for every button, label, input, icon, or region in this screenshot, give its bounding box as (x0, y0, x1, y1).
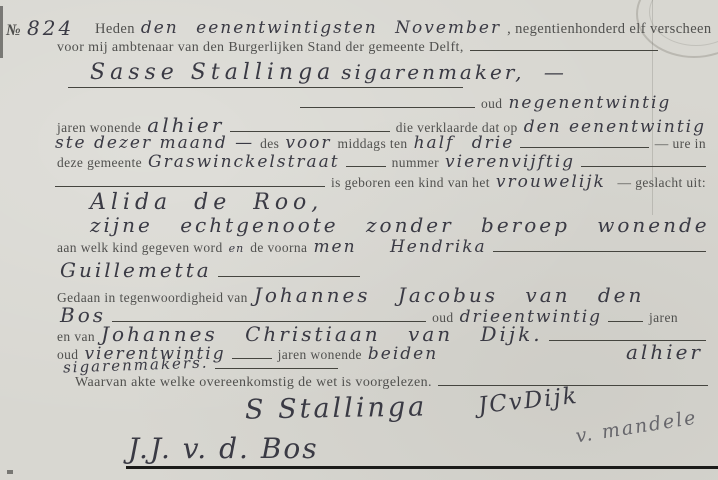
line-witness-occupation: sigarenmakers. (63, 356, 338, 374)
handwritten-mother-details: zijne echtgenoote zonder beroep wonende … (90, 213, 718, 237)
ruled-line (300, 107, 475, 108)
ruled-line (215, 368, 338, 369)
printed-text: des (260, 136, 279, 152)
act-number: № 824 (6, 16, 74, 40)
bottom-rule (126, 466, 718, 469)
ruled-line (470, 50, 658, 51)
ruled-line (68, 87, 463, 88)
line-birth-address: deze gemeente Graswinckelstraat nummer v… (57, 152, 706, 172)
scan-edge-mark (7, 470, 13, 474)
printed-text: , negentienhonderd elf verscheen (507, 21, 711, 38)
handwritten-date: den eenentwintigsten November (141, 18, 501, 38)
printed-text: — geslacht uit: (618, 175, 706, 191)
printed-text: voor mij ambtenaar van den Burgerlijken … (57, 40, 464, 56)
printed-text: oud (481, 96, 502, 112)
line-age: oud negenentwintig (300, 93, 703, 113)
printed-text: Waarvan akte welke overeenkomstig de wet… (75, 375, 432, 391)
handwritten-correction: en (229, 242, 245, 255)
handwritten-voor: voor (285, 133, 331, 153)
act-number-symbol: № (6, 22, 21, 40)
line-mother-details: zijne echtgenoote zonder beroep wonende … (90, 213, 703, 237)
handwritten-declarant-name: Sasse Stallinga (90, 60, 335, 85)
handwritten-beiden: beiden (368, 344, 620, 364)
printed-text: deze gemeente (57, 155, 142, 171)
printed-text: de voorna (250, 240, 307, 256)
signature-witness-bos: J.J. v. d. Bos (128, 432, 319, 465)
ruled-line (230, 131, 389, 132)
handwritten-age: negenentwintig (508, 93, 703, 113)
line-child-sex: is geboren een kind van het vrouwelijk —… (55, 172, 706, 192)
printed-text: — ure in (655, 136, 706, 152)
handwritten-given-name: men Hendrika (313, 237, 486, 257)
handwritten-occupation: sigarenmaker, — (341, 60, 588, 84)
handwritten-street: Graswinckelstraat (148, 152, 340, 172)
ruled-line (520, 147, 649, 148)
handwritten-alhier: alhier (626, 340, 703, 364)
handwritten-birth-day-2: ste dezer maand — (55, 133, 254, 153)
line-birth-time: ste dezer maand — des voor middags ten h… (55, 133, 706, 153)
line-date: Heden den eenentwintigsten November , ne… (95, 18, 708, 38)
handwritten-house-number: vierenvijftig (445, 152, 575, 172)
printed-text: Heden (95, 21, 135, 38)
printed-text: nummer (392, 155, 439, 171)
handwritten-sex: vrouwelijk (496, 172, 612, 192)
birth-certificate-scan: № 824 Heden den eenentwintigsten Novembe… (0, 0, 718, 480)
handwritten-mother-name: Alida de Roo, (90, 190, 323, 215)
printed-text: is geboren een kind van het (331, 175, 490, 191)
printed-text: aan welk kind gegeven word (57, 240, 223, 256)
ruled-line (55, 186, 325, 187)
ruled-line (218, 276, 360, 277)
line-given-names: aan welk kind gegeven word en de voorna … (57, 237, 706, 257)
line-given-names-2: Guillemetta (60, 258, 360, 282)
scan-edge-mark (0, 6, 3, 58)
act-number-value: 824 (27, 16, 74, 40)
handwritten-witness-occupation: sigarenmakers. (63, 353, 209, 376)
signature-declarant: S Stallinga (245, 391, 428, 425)
printed-text: middags ten (338, 136, 408, 152)
handwritten-time: half drie (414, 133, 515, 153)
line-municipality: voor mij ambtenaar van den Burgerlijken … (57, 40, 658, 56)
ruled-line (346, 166, 386, 167)
line-declarant: Sasse Stallinga sigarenmaker, — (90, 60, 588, 85)
ruled-line (493, 251, 706, 252)
ruled-line (581, 166, 706, 167)
line-mother-name: Alida de Roo, (90, 190, 323, 215)
signature-registrar: v. mandele (574, 407, 699, 448)
line-closing: Waarvan akte welke overeenkomstig de wet… (75, 375, 708, 391)
handwritten-given-name-2: Guillemetta (60, 258, 212, 282)
